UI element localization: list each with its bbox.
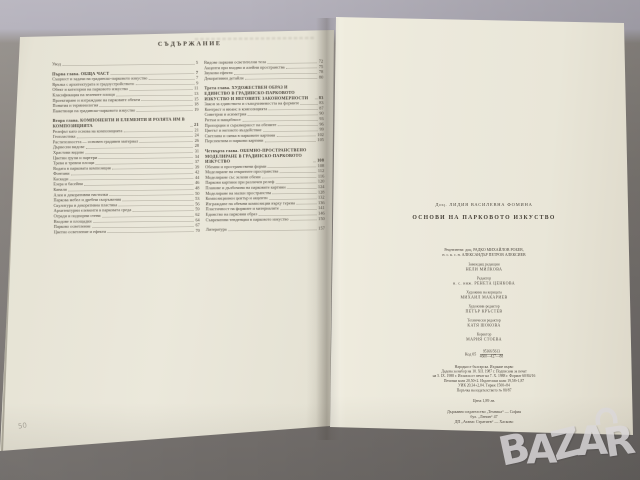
toc-entry: Единство на парковия образ146 (206, 211, 325, 218)
toc-entry: Езера и басейни46 (53, 180, 199, 187)
code-label: Код 05 (465, 352, 476, 357)
page-edge-line (1, 62, 18, 462)
toc-entry: Връзка с архитектурата и градоустройство… (52, 80, 198, 87)
toc-entry: Цветно осветление и ефекти70 (54, 228, 200, 235)
showthrough-text (195, 37, 315, 41)
toc-entry: Скулптура и декоративна пластика56 (54, 201, 200, 208)
imprint-line: Дадена за набор на 10. XII. 1987 г. Подп… (348, 369, 620, 374)
toc-entry: Релефът като основа на композицията21 (53, 127, 199, 134)
reviewer-line: н. с. к. с. н. АЛЕКСАНДЪР ПЕТРОВ АЛЕКСИЕ… (348, 253, 620, 258)
toc-entry: Цветни групи и партери34 (53, 154, 199, 161)
toc-entry: Треви и тревни площи37 (53, 159, 199, 166)
toc-entry: Каскади44 (53, 175, 199, 182)
author-line: Доц. ЛИДИЯ ВАСИЛЕВНА ФОМИНА (348, 202, 620, 207)
toc-entry: Геопластика24 (53, 132, 199, 139)
code-numerator: 95366/5613 (480, 350, 503, 355)
toc-content: СЪДЪРЖАНИЕ Увод5Първа глава. ОБЩА ЧАСТ7С… (45, 36, 335, 271)
code-line: Код 05 95366/5613 4600—427—88 (348, 350, 620, 359)
left-page: СЪДЪРЖАНИЕ Увод5Първа глава. ОБЩА ЧАСТ7С… (0, 26, 340, 454)
credits-block: Завеждащ редакцияНЕЛИ МИЛКОВАРедакторн. … (348, 262, 620, 342)
toc-entry: Водата в парковата композиция39 (53, 164, 199, 171)
toc-entry: Обемни и пространствени форми108 (205, 163, 324, 170)
toc-entry: Паметници на градинско-парковото изкуств… (53, 107, 199, 114)
toc-entry: Увод5 (52, 60, 198, 67)
toc-title: СЪДЪРЖАНИЕ (158, 40, 222, 48)
toc-entry: Перспектива и паркови картини105 (205, 137, 324, 144)
toc-entry: Проектиране и изграждане на парковите об… (52, 96, 198, 103)
toc-entry: Паркови картини при различен релеф120 (205, 179, 324, 186)
toc-entry: Паркова мебел и дребни съоръжения53 (53, 196, 199, 203)
toc-chapter-heading: Втора глава. КОМПОНЕНТИ И ЕЛЕМЕНТИ И РОЛ… (53, 117, 199, 129)
toc-entry: Храстови видове31 (53, 148, 199, 155)
toc-entry: Обект и категории на парковото изкуство1… (52, 86, 198, 93)
bazar-watermark: BAZAR (496, 407, 640, 480)
toc-entry: Канали48 (53, 185, 199, 192)
toc-entry: Съвременни тенденции в парковото изкуств… (206, 216, 325, 223)
credit-name: МИХАИЛ МАКАРИЕВ (348, 295, 620, 300)
toc-entry: Композиционен център и акценти132 (205, 195, 324, 202)
toc-entry: Растителността — основен градивен матери… (53, 138, 199, 145)
credit-name: ПЕТЪР КРЪСТЕВ (348, 309, 620, 314)
toc-entry: Декоративни детайли80 (204, 74, 323, 81)
toc-entry: Моделиране на откритите пространства112 (205, 168, 324, 175)
credit-role: Художник на корицата (348, 290, 620, 295)
toc-entry: Алеи и декоративни настилки50 (53, 191, 199, 198)
toc-entry: Дървесни видове28 (53, 143, 199, 150)
imprint-line: Печатни коли 20,50+2. Издателски коли 19… (348, 378, 620, 383)
toc-chapter-heading: Първа глава. ОБЩА ЧАСТ7 (52, 70, 198, 77)
toc-entry: Входове и площадки64 (54, 217, 200, 224)
credit-name: КАТЯ ШОКОВА (348, 323, 620, 328)
toc-column-2: Видове паркови осветителни тела72Акценти… (204, 59, 325, 233)
toc-entry: Закон за единството и съподчинеността на… (204, 100, 323, 107)
credit-name: МАРИЯ СТОЕВА (348, 337, 620, 342)
watermark-text: BAZAR (497, 416, 633, 475)
toc-entry: Моделиране на малки пространства128 (205, 189, 324, 196)
book-photo-scene: СЪДЪРЖАНИЕ Увод5Първа глава. ОБЩА ЧАСТ7С… (0, 0, 640, 480)
toc-entry: Ритъм и мащабност93 (205, 116, 324, 123)
toc-entry: Литература157 (206, 226, 325, 233)
imprint-block: Народност българска. Издание първоДадена… (348, 364, 620, 392)
toc-entry: Архитектурни елементи в парковата среда5… (54, 207, 200, 214)
toc-entry: Същност и задачи на градинско-парковото … (52, 75, 198, 82)
credit-name: НЕЛИ МИЛКОВА (348, 267, 620, 272)
code-denominator: 4600—427—88 (480, 354, 503, 358)
colophon-area: Доц. ЛИДИЯ ВАСИЛЕВНА ФОМИНА ОСНОВИ НА ПА… (348, 186, 620, 434)
right-page: Доц. ЛИДИЯ ВАСИЛЕВНА ФОМИНА ОСНОВИ НА ПА… (328, 14, 636, 438)
credit-role: Завеждащ редакция (348, 262, 620, 267)
credit-role: Художник-редактор (348, 304, 620, 309)
pencil-note: 50 (17, 421, 27, 430)
toc-entry: Изграждане на обемни композиции върху те… (205, 200, 324, 207)
toc-entry: Цветът и неговото въздействие99 (205, 127, 324, 134)
toc-entry: Звукови ефекти78 (204, 69, 323, 76)
toc-entry: Контраст и нюанс в композицията87 (205, 105, 324, 112)
toc-entry: Понятия и терминология18 (52, 101, 198, 108)
reviewer-line: Рецензенти: доц. РАДКО МИХАЙЛОВ РОБЕВ, (348, 248, 620, 253)
imprint-line: Народност българска. Издание първо (348, 364, 620, 369)
credit-role: Коректор (348, 332, 620, 337)
toc-entry: Акценти при входни и алейни пространства… (204, 64, 323, 71)
toc-entry: Пластичност на формите и материалите141 (206, 205, 325, 212)
toc-entry: Моделиране със зелени обеми116 (205, 174, 324, 181)
toc-entry: Огради и подпорни стени62 (54, 212, 200, 219)
code-fraction: 95366/5613 4600—427—88 (480, 350, 503, 359)
toc-entry: Класификация на зелените площи13 (52, 91, 198, 98)
toc-entry: Планове и дълбочина на парковите картини… (205, 184, 324, 191)
price-line: Цена 1,89 лв. (348, 399, 620, 404)
toc-entry: Фонтани42 (53, 170, 199, 177)
imprint-line: Поръчка на издателството № 80/87 (348, 388, 620, 393)
toc-area: СЪДЪРЖАНИЕ Увод5Първа глава. ОБЩА ЧАСТ7С… (45, 36, 335, 271)
credit-name: н. с. инж. РЕНЕТА ЦЕНКОВА (348, 281, 620, 286)
toc-entry: Видове паркови осветителни тела72 (204, 59, 323, 66)
toc-chapter-heading: Трета глава. ХУДОЖЕСТВЕН ОБРАЗ И ЕДИНСТВ… (204, 84, 323, 101)
credit-role: Технически редактор (348, 318, 620, 323)
toc-chapter-heading: Четвърта глава. ОБЕМНО-ПРОСТРАНСТВЕНО МО… (205, 147, 324, 164)
toc-entry: Светлина и сянка в парковите картини102 (205, 132, 324, 139)
shopping-bag-handle-icon (591, 400, 620, 425)
toc-entry: Парково осветление67 (54, 223, 200, 230)
toc-entry: Симетрия и асиметрия90 (205, 111, 324, 118)
credit-role: Редактор (348, 276, 620, 281)
reviewers-block: Рецензенти: доц. РАДКО МИХАЙЛОВ РОБЕВ,н.… (348, 248, 620, 258)
toc-entry: Пропорции и съразмерност на обемите96 (205, 121, 324, 128)
book-title: ОСНОВИ НА ПАРКОВОТО ИЗКУСТВО (348, 215, 620, 221)
imprint-line: УИК 20,34+2,04. Тираж 1500+84 (348, 383, 620, 388)
imprint-line: на 5. IX. 1988 г. Излязла от печат на 7.… (348, 374, 620, 379)
toc-column-1: Увод5Първа глава. ОБЩА ЧАСТ7Същност и за… (52, 60, 200, 235)
